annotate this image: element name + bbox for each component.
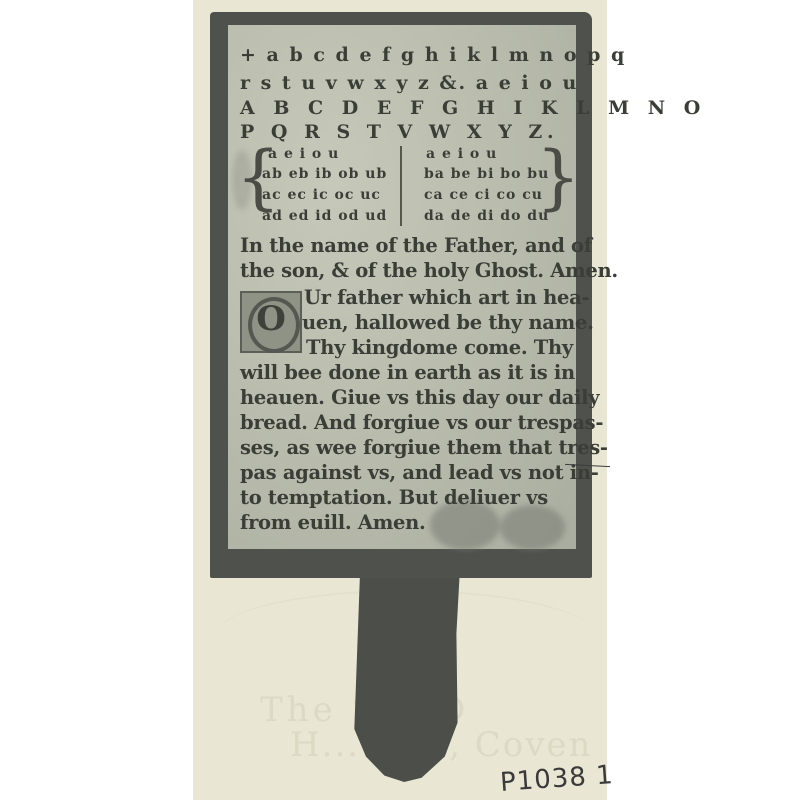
syllabary-left-row: ac ec ic oc uc (262, 187, 381, 203)
prayer-line: Thy kingdome come. Thy (306, 336, 573, 359)
syllabary-left-row: a e i o u (268, 146, 339, 162)
prayer-line: will bee done in earth as it is in (240, 361, 575, 384)
prayer-line: to temptation. But deliuer vs (240, 486, 548, 509)
alphabet-lowercase-2: r s t u v w x y z &. a e i o u (240, 72, 578, 94)
prayer-line: bread. And forgiue vs our trespas- (240, 411, 603, 434)
syllabary-right-row: ca ce ci co cu (424, 187, 543, 203)
syllabary-left-row: ab eb ib ob ub (262, 166, 387, 182)
smudge (500, 505, 565, 550)
syllabary-right-row: a e i o u (426, 146, 497, 162)
invocation-line: the son, & of the holy Ghost. Amen. (240, 259, 618, 282)
alphabet-uppercase-1: A B C D E F G H I K L M N O (240, 97, 706, 119)
prayer-line: Ur father which art in hea- (304, 286, 589, 309)
alphabet-lowercase-1: + a b c d e f g h i k l m n o p q (240, 44, 626, 66)
syllabary-divider (400, 146, 402, 226)
syllabary-left-row: ad ed id od ud (262, 208, 387, 224)
prayer-line: heauen. Giue vs this day our daily (240, 386, 599, 409)
syllabary-right-row: ba be bi bo bu (424, 166, 549, 182)
prayer-line: ses, as wee forgiue them that tres- (240, 436, 608, 459)
ornate-initial-o: O (240, 291, 302, 353)
prayer-line: from euill. Amen. (240, 511, 426, 534)
prayer-line: uen, hallowed be thy name. (302, 311, 594, 334)
invocation-line: In the name of the Father, and of (240, 234, 592, 257)
prayer-line: pas against vs, and lead vs not in- (240, 461, 599, 484)
syllabary-right-row: da de di do du (424, 208, 549, 224)
initial-letter: O (242, 299, 300, 339)
alphabet-uppercase-2: P Q R S T V W X Y Z. (240, 121, 559, 143)
